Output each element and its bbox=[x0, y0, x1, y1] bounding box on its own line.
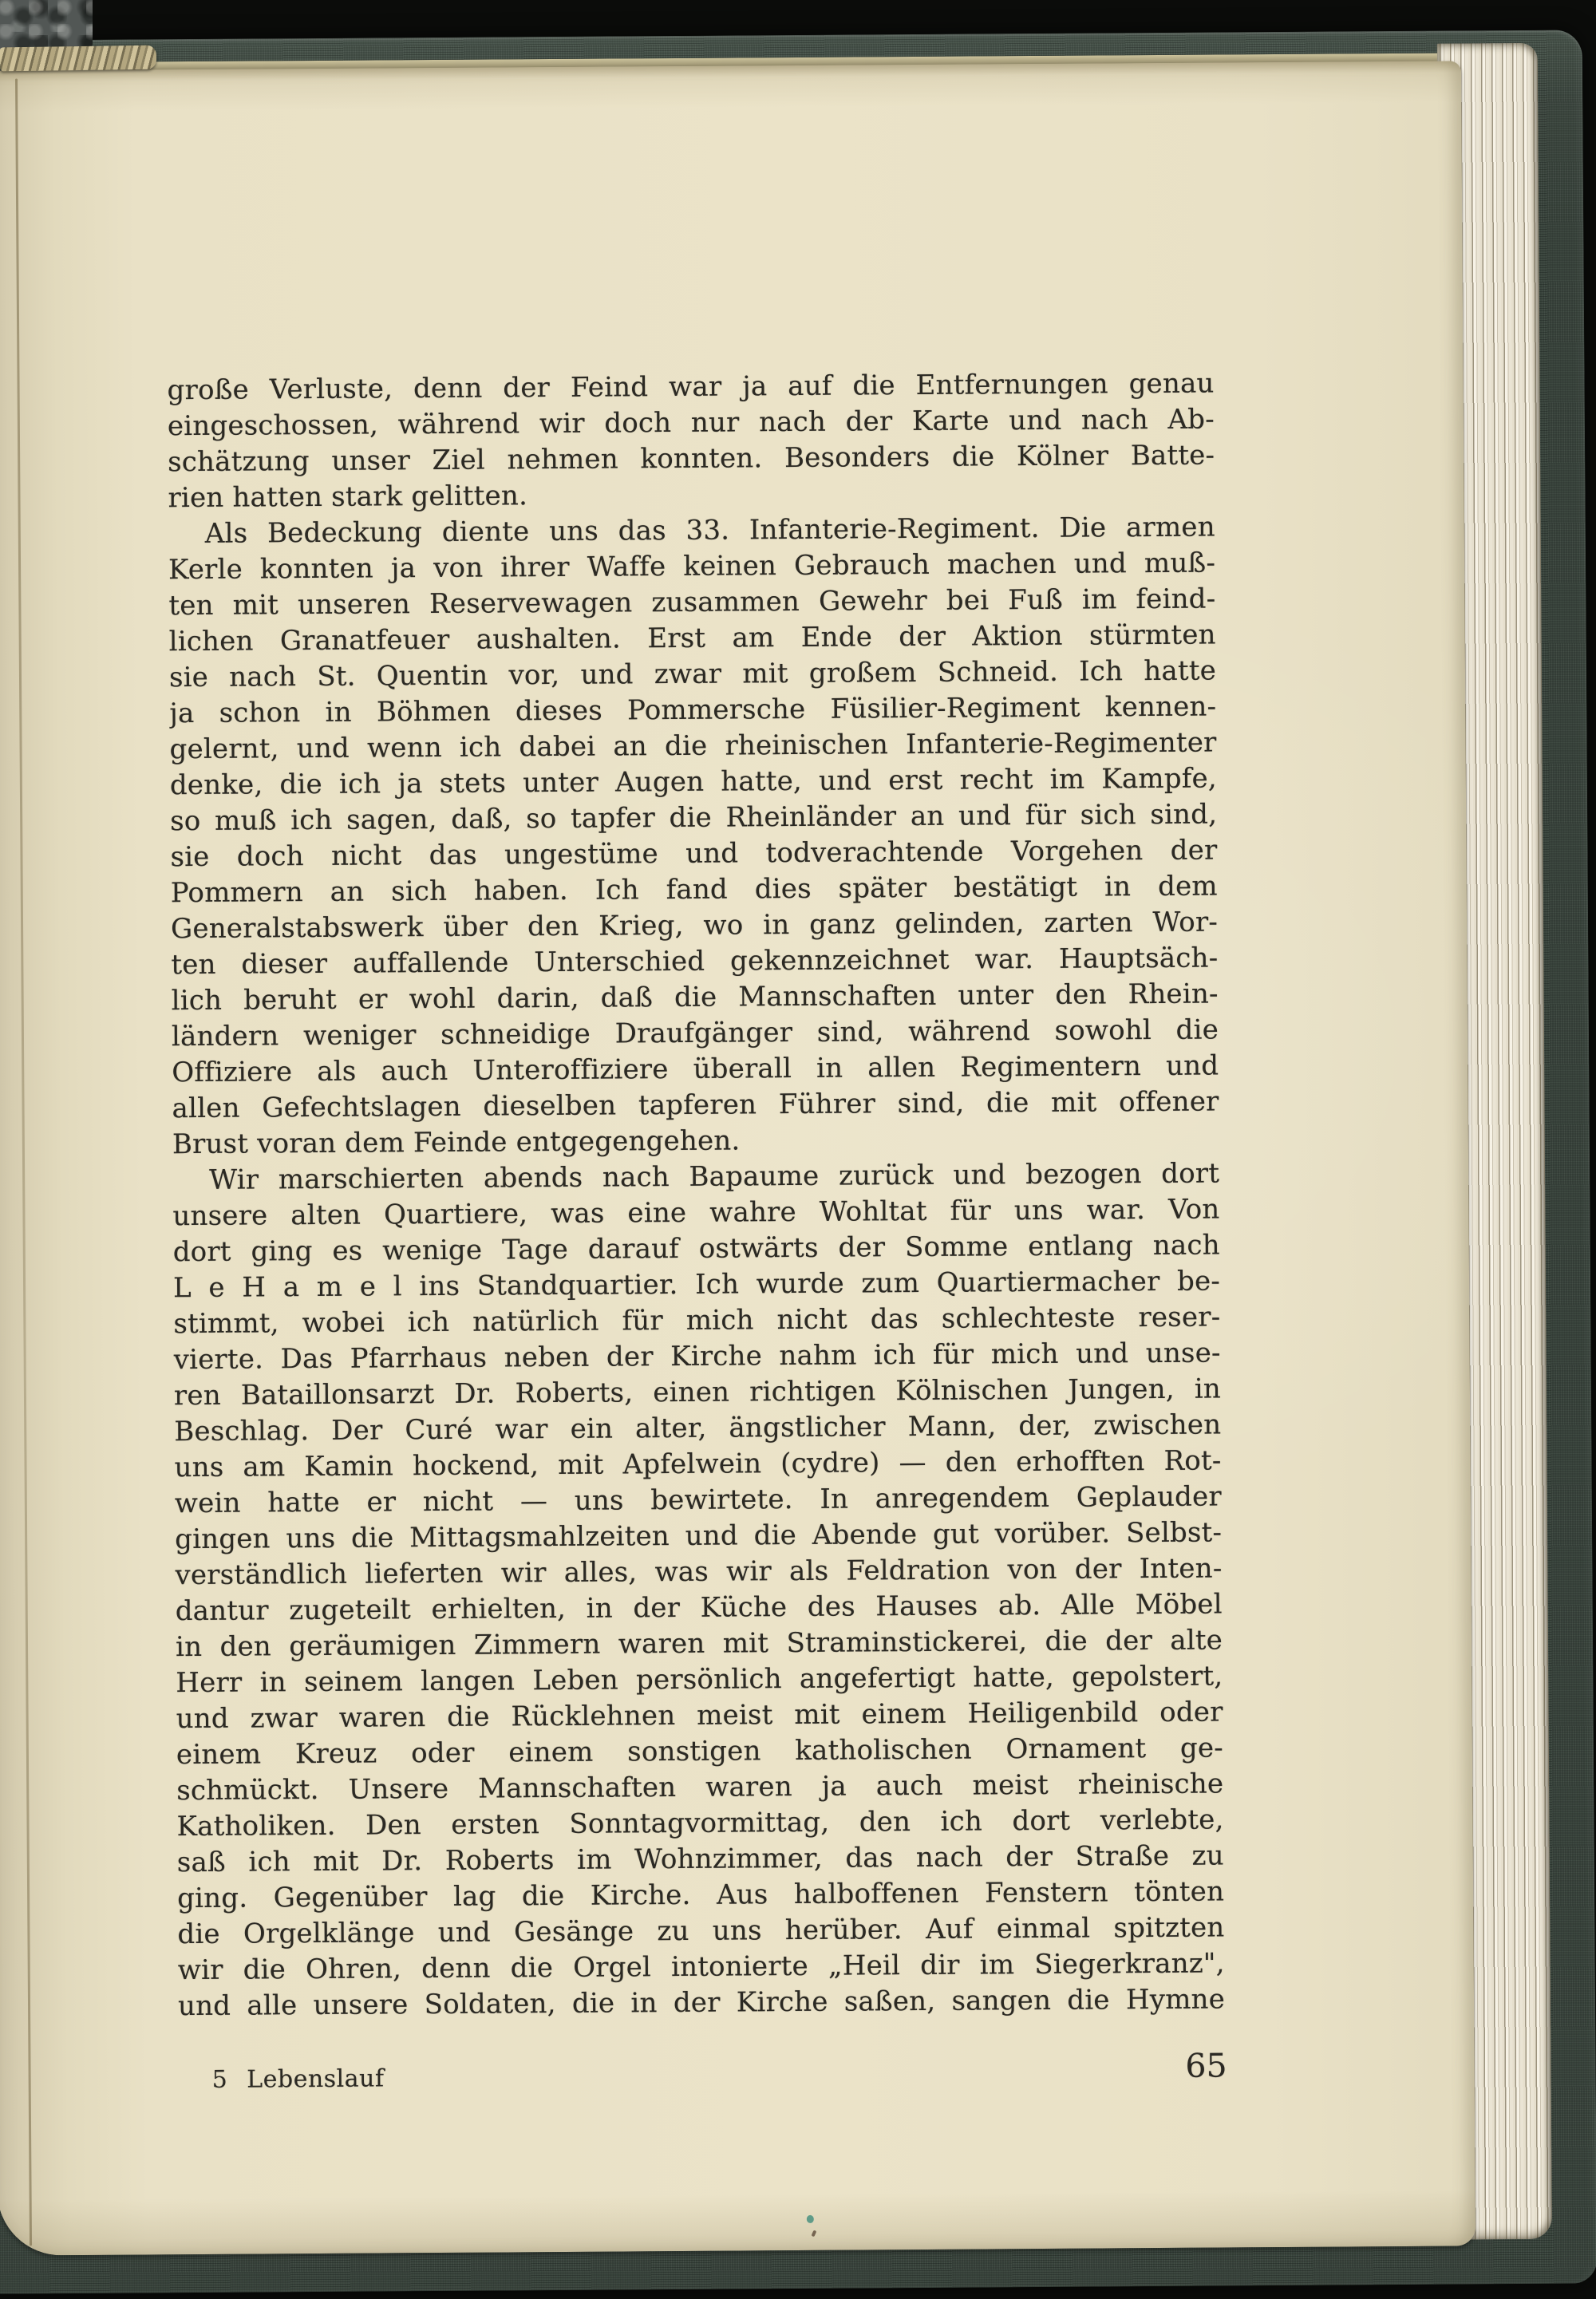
binding-marbled-paper bbox=[0, 0, 93, 49]
book: große Verluste, denn der Feind war ja au… bbox=[0, 0, 1596, 2299]
headband bbox=[0, 45, 156, 72]
dark-fleck bbox=[812, 2230, 817, 2237]
text-line: allen Gefechtslagen dieselben tapferen F… bbox=[172, 1084, 1219, 1128]
text-line: schätzung unser Ziel nehmen konnten. Bes… bbox=[168, 438, 1215, 481]
page-number: 65 bbox=[1185, 2046, 1227, 2084]
teal-ink-speckle bbox=[807, 2215, 814, 2223]
gutter-crease bbox=[15, 78, 32, 2246]
page-text: große Verluste, denn der Feind war ja au… bbox=[167, 366, 1225, 2025]
signature-title: Lebenslauf bbox=[247, 2064, 384, 2093]
page-footer: 5 Lebenslauf 65 bbox=[178, 2046, 1227, 2109]
book-page: große Verluste, denn der Feind war ja au… bbox=[0, 61, 1476, 2255]
scanned-book-page: große Verluste, denn der Feind war ja au… bbox=[0, 0, 1596, 2299]
signature-mark: 5 Lebenslauf bbox=[212, 2064, 385, 2093]
text-line: und alle unsere Soldaten, die in der Kir… bbox=[178, 1981, 1225, 2024]
signature-number: 5 bbox=[212, 2066, 228, 2094]
